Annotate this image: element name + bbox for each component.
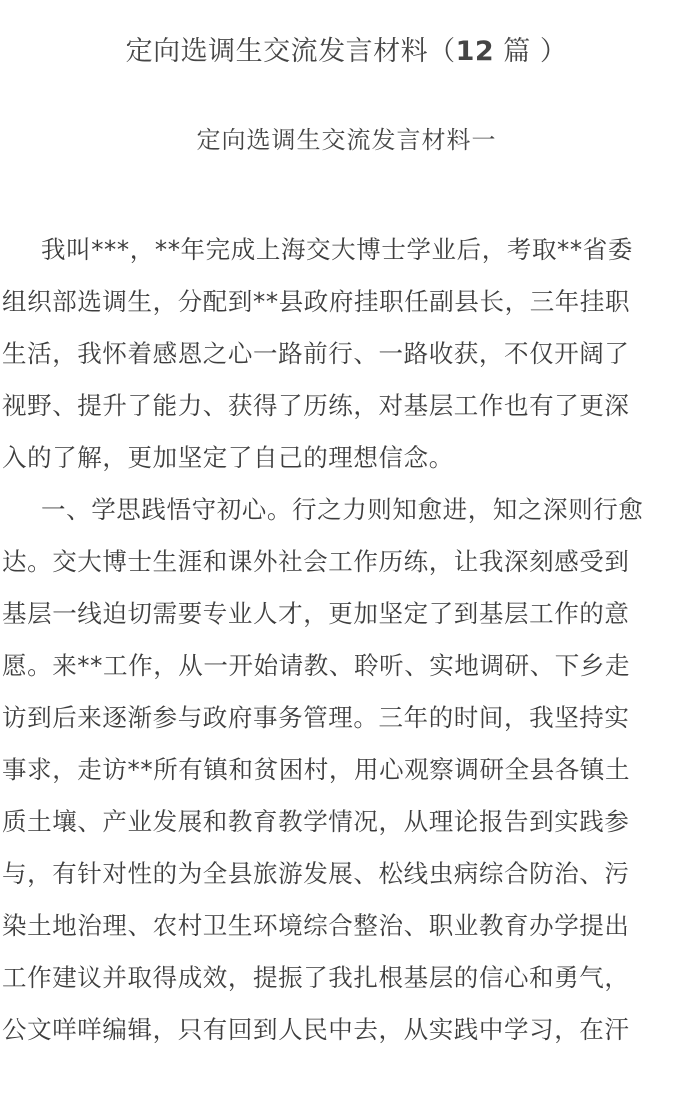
title-suffix: 篇 ）: [494, 36, 567, 67]
paragraph-line: 组织部选调生，分配到**县政府挂职任副县长，三年挂职: [2, 284, 630, 320]
paragraph-line: 入的了解，更加坚定了自己的理想信念。: [2, 440, 454, 476]
paragraph-line: 质土壤、产业发展和教育教学情况，从理论报告到实践参: [2, 804, 630, 840]
paragraph-line: 达。交大博士生涯和课外社会工作历练，让我深刻感受到: [2, 544, 630, 580]
paragraph-line: 生活，我怀着感恩之心一路前行、一路收获，不仅开阔了: [2, 336, 630, 372]
paragraph-line: 与，有针对性的为全县旅游发展、松线虫病综合防治、污: [2, 856, 630, 892]
paragraph-line: 事求，走访**所有镇和贫困村，用心观察调研全县各镇土: [2, 752, 630, 788]
paragraph-line: 访到后来逐渐参与政府事务管理。三年的时间，我坚持实: [2, 700, 630, 736]
paragraph-line: 我叫***，**年完成上海交大博士学业后，考取**省委: [41, 232, 633, 268]
title-count: 12: [456, 36, 495, 67]
title-prefix: 定向选调生交流发言材料（: [126, 36, 456, 67]
paragraph-line: 公文咩咩编辑，只有回到人民中去，从实践中学习，在汗: [2, 1012, 630, 1048]
paragraph-line: 基层一线迫切需要专业人才，更加坚定了到基层工作的意: [2, 596, 630, 632]
document-title: 定向选调生交流发言材料（12 篇 ）: [0, 32, 693, 72]
paragraph-line: 染土地治理、农村卫生环境综合整治、职业教育办学提出: [2, 908, 630, 944]
paragraph-line: 愿。来**工作，从一开始请教、聆听、实地调研、下乡走: [2, 648, 630, 684]
section-subtitle: 定向选调生交流发言材料一: [0, 122, 693, 158]
paragraph-line: 一、学思践悟守初心。行之力则知愈进，知之深则行愈: [41, 492, 643, 528]
paragraph-line: 工作建议并取得成效，提振了我扎根基层的信心和勇气，: [2, 960, 630, 996]
paragraph-line: 视野、提升了能力、获得了历练，对基层工作也有了更深: [2, 388, 630, 424]
